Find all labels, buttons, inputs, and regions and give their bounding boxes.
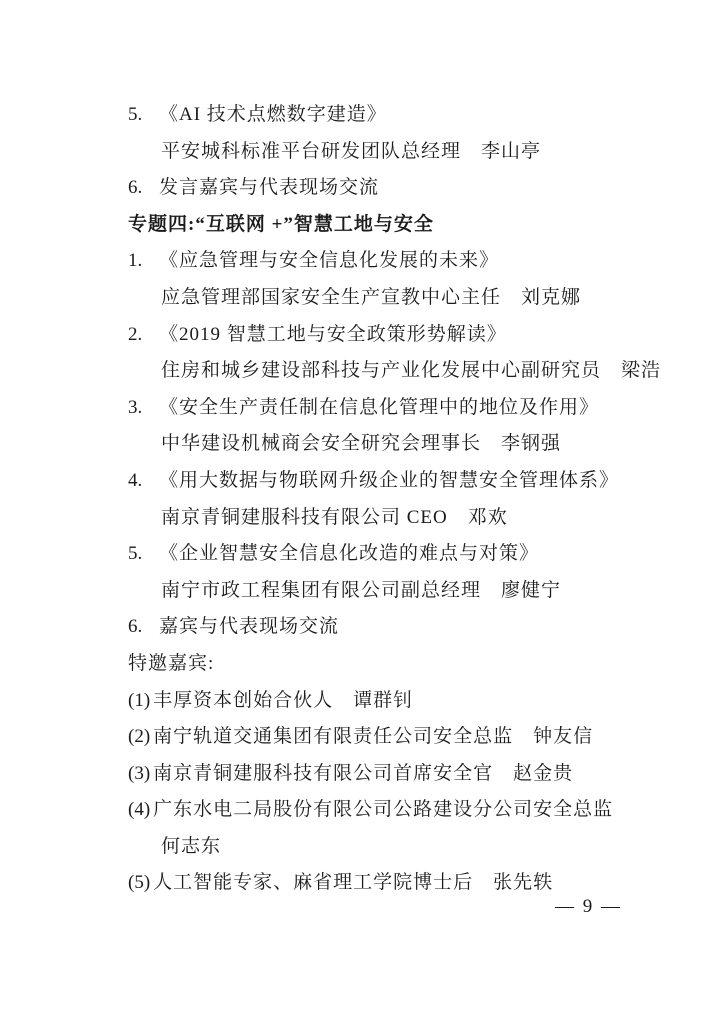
guest-text: 南京青铜建服科技有限公司首席安全官 赵金贵 <box>153 763 573 784</box>
agenda-item-4: 4.《用大数据与物联网升级企业的智慧安全管理体系》 <box>128 469 664 506</box>
label-text: 特邀嘉宾: <box>128 653 214 674</box>
item-number: 5. <box>128 542 159 565</box>
agenda-item-5: 5.《AI 技术点燃数字建造》 <box>128 103 664 140</box>
item-number: (2) <box>128 726 150 747</box>
guest-text: 南宁轨道交通集团有限责任公司安全总监 钟友信 <box>153 726 593 747</box>
talk-title: 《企业智慧安全信息化改造的难点与对策》 <box>159 543 539 564</box>
guest-text: 广东水电二局股份有限公司公路建设分公司安全总监 <box>153 799 613 820</box>
guest-text: 丰厚资本创始合伙人 谭群钊 <box>153 690 413 711</box>
item-number: (5) <box>128 872 150 893</box>
guest-item-2: (2)南宁轨道交通集团有限责任公司安全总监 钟友信 <box>128 725 664 762</box>
speaker-text: 平安城科标准平台研发团队总经理 李山亭 <box>161 141 541 162</box>
speaker-text: 南京青铜建服科技有限公司 CEO 邓欢 <box>161 507 508 528</box>
item-number: (3) <box>128 763 150 784</box>
guest-item-1: (1)丰厚资本创始合伙人 谭群钊 <box>128 689 664 726</box>
speaker-line: 住房和城乡建设部科技与产业化发展中心副研究员 梁浩 <box>128 359 664 396</box>
agenda-item-5b: 5.《企业智慧安全信息化改造的难点与对策》 <box>128 542 664 579</box>
talk-title: 《2019 智慧工地与安全政策形势解读》 <box>159 324 507 345</box>
speaker-line: 应急管理部国家安全生产宣教中心主任 刘克娜 <box>128 286 664 323</box>
item-number: 3. <box>128 396 159 419</box>
item-number: 6. <box>128 615 159 638</box>
item-number: 4. <box>128 469 159 492</box>
agenda-item-6: 6.发言嘉宾与代表现场交流 <box>128 176 664 213</box>
agenda-item-6b: 6.嘉宾与代表现场交流 <box>128 615 664 652</box>
speaker-line: 平安城科标准平台研发团队总经理 李山亭 <box>128 140 664 177</box>
guest-item-3: (3)南京青铜建服科技有限公司首席安全官 赵金贵 <box>128 762 664 799</box>
item-number: 5. <box>128 103 159 126</box>
speaker-text: 中华建设机械商会安全研究会理事长 李钢强 <box>161 433 561 454</box>
page-number: — 9 — <box>555 896 622 918</box>
invited-guests-label: 特邀嘉宾: <box>128 652 664 689</box>
speaker-text: 南宁市政工程集团有限公司副总经理 廖健宁 <box>161 580 561 601</box>
talk-title: 《安全生产责任制在信息化管理中的地位及作用》 <box>159 397 599 418</box>
guest-item-4-continuation: 何志东 <box>128 835 664 872</box>
document-page: 5.《AI 技术点燃数字建造》 平安城科标准平台研发团队总经理 李山亭 6.发言… <box>0 0 724 1024</box>
session-four-heading: 专题四:“互联网 +”智慧工地与安全 <box>128 213 664 250</box>
speaker-text: 住房和城乡建设部科技与产业化发展中心副研究员 梁浩 <box>161 360 661 381</box>
item-number: (1) <box>128 690 150 711</box>
speaker-text: 应急管理部国家安全生产宣教中心主任 刘克娜 <box>161 287 581 308</box>
agenda-item-1: 1.《应急管理与安全信息化发展的未来》 <box>128 249 664 286</box>
item-number: 1. <box>128 249 159 272</box>
item-number: 2. <box>128 323 159 346</box>
speaker-line: 南宁市政工程集团有限公司副总经理 廖健宁 <box>128 579 664 616</box>
talk-title: 《用大数据与物联网升级企业的智慧安全管理体系》 <box>159 470 619 491</box>
heading-text: 专题四:“互联网 +”智慧工地与安全 <box>128 214 434 235</box>
item-number: (4) <box>128 799 150 820</box>
guest-item-4: (4)广东水电二局股份有限公司公路建设分公司安全总监 <box>128 798 664 835</box>
guest-text: 人工智能专家、麻省理工学院博士后 张先轶 <box>153 872 553 893</box>
agenda-item-3: 3.《安全生产责任制在信息化管理中的地位及作用》 <box>128 396 664 433</box>
talk-title: 《AI 技术点燃数字建造》 <box>159 104 387 125</box>
item-text: 嘉宾与代表现场交流 <box>159 616 339 637</box>
guest-text: 何志东 <box>161 836 221 857</box>
item-number: 6. <box>128 176 159 199</box>
item-text: 发言嘉宾与代表现场交流 <box>159 177 379 198</box>
agenda-item-2: 2.《2019 智慧工地与安全政策形势解读》 <box>128 323 664 360</box>
document-content: 5.《AI 技术点燃数字建造》 平安城科标准平台研发团队总经理 李山亭 6.发言… <box>128 103 664 908</box>
speaker-line: 中华建设机械商会安全研究会理事长 李钢强 <box>128 432 664 469</box>
speaker-line: 南京青铜建服科技有限公司 CEO 邓欢 <box>128 506 664 543</box>
talk-title: 《应急管理与安全信息化发展的未来》 <box>159 250 499 271</box>
